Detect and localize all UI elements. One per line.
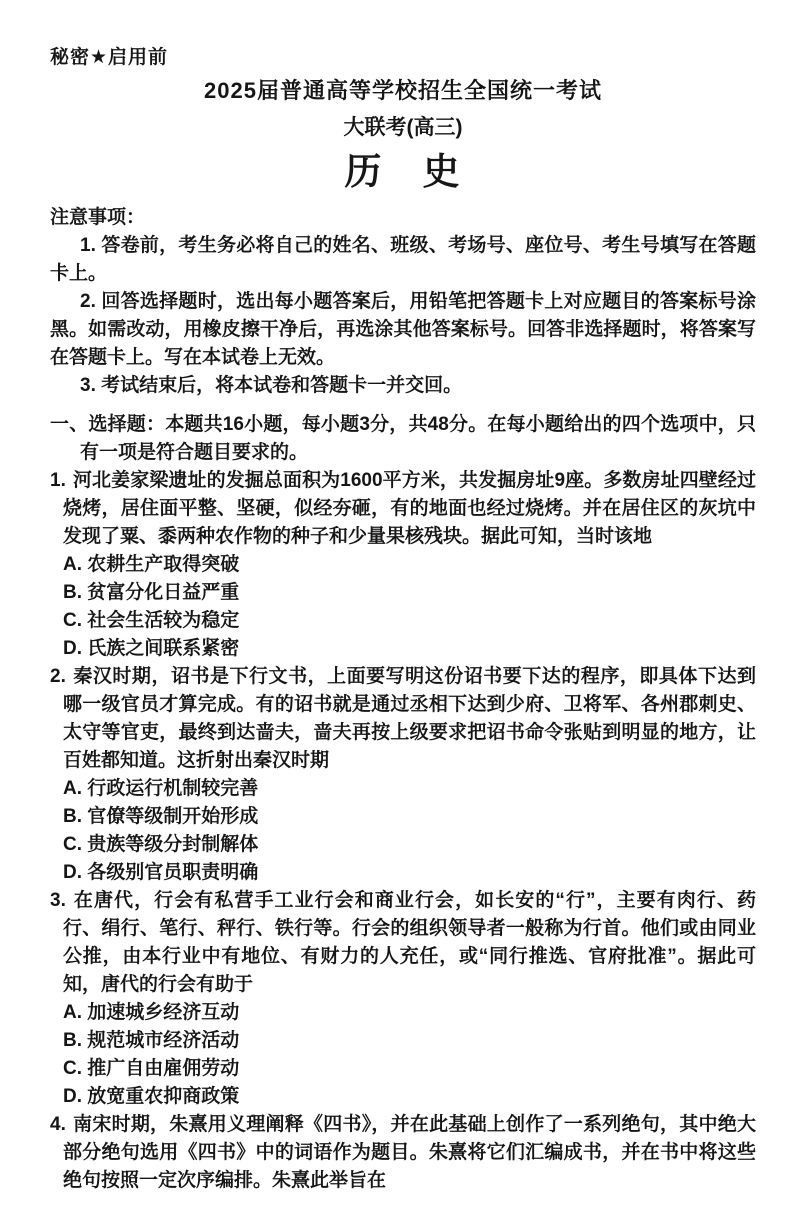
question-options: A. 农耕生产取得突破 B. 贫富分化日益严重 C. 社会生活较为稳定 D. 氏…	[50, 551, 756, 663]
question-stem-text: 在唐代，行会有私营手工业行会和商业行会，如长安的“行”，主要有肉行、药行、绢行、…	[63, 890, 756, 995]
option-a: A. 农耕生产取得突破	[50, 551, 756, 579]
option-c: C. 社会生活较为稳定	[50, 607, 756, 635]
question-options: A. 行政运行机制较完善 B. 官僚等级制开始形成 C. 贵族等级分封制解体 D…	[50, 775, 756, 887]
section-heading: 一、选择题：本题共16小题，每小题3分，共48分。在每小题给出的四个选项中，只有…	[50, 411, 756, 467]
exam-paper-page: 秘密★启用前 2025届普通高等学校招生全国统一考试 大联考(高三) 历 史 注…	[0, 0, 800, 1212]
question-3: 3.在唐代，行会有私营手工业行会和商业行会，如长安的“行”，主要有肉行、药行、绢…	[50, 887, 756, 1111]
notice-section: 注意事项： 1. 答卷前，考生务必将自己的姓名、班级、考场号、座位号、考生号填写…	[50, 204, 756, 400]
question-stem: 2.秦汉时期，诏书是下行文书，上面要写明这份诏书要下达的程序，即具体下达到哪一级…	[50, 663, 756, 775]
subject-title: 历 史	[50, 148, 756, 196]
multiple-choice-section: 一、选择题：本题共16小题，每小题3分，共48分。在每小题给出的四个选项中，只有…	[50, 411, 756, 1195]
question-stem: 1.河北姜家梁遗址的发掘总面积为1600平方米，共发掘房址9座。多数房址四壁经过…	[50, 467, 756, 551]
option-d: D. 氏族之间联系紧密	[50, 635, 756, 663]
notice-item-1: 1. 答卷前，考生务必将自己的姓名、班级、考场号、座位号、考生号填写在答题卡上。	[50, 232, 756, 288]
question-number: 3.	[50, 890, 73, 911]
option-c: C. 推广自由雇佣劳动	[50, 1055, 756, 1083]
exam-subtitle: 大联考(高三)	[50, 114, 756, 142]
option-a: A. 行政运行机制较完善	[50, 775, 756, 803]
option-b: B. 贫富分化日益严重	[50, 579, 756, 607]
question-1: 1.河北姜家梁遗址的发掘总面积为1600平方米，共发掘房址9座。多数房址四壁经过…	[50, 467, 756, 663]
exam-title: 2025届普通高等学校招生全国统一考试	[50, 76, 756, 106]
paper-header: 2025届普通高等学校招生全国统一考试 大联考(高三) 历 史	[50, 76, 756, 196]
question-stem-text: 秦汉时期，诏书是下行文书，上面要写明这份诏书要下达的程序，即具体下达到哪一级官员…	[63, 666, 756, 771]
question-number: 2.	[50, 666, 73, 687]
notice-item-2: 2. 回答选择题时，选出每小题答案后，用铅笔把答题卡上对应题目的答案标号涂黑。如…	[50, 288, 756, 372]
option-b: B. 官僚等级制开始形成	[50, 803, 756, 831]
option-b: B. 规范城市经济活动	[50, 1027, 756, 1055]
question-stem: 4.南宋时期，朱熹用义理阐释《四书》，并在此基础上创作了一系列绝句，其中绝大部分…	[50, 1111, 756, 1195]
question-number: 1.	[50, 470, 73, 491]
notice-item-3: 3. 考试结束后，将本试卷和答题卡一并交回。	[50, 372, 756, 400]
question-stem: 3.在唐代，行会有私营手工业行会和商业行会，如长安的“行”，主要有肉行、药行、绢…	[50, 887, 756, 999]
question-stem-text: 南宋时期，朱熹用义理阐释《四书》，并在此基础上创作了一系列绝句，其中绝大部分绝句…	[63, 1114, 756, 1191]
question-2: 2.秦汉时期，诏书是下行文书，上面要写明这份诏书要下达的程序，即具体下达到哪一级…	[50, 663, 756, 887]
security-label: 秘密★启用前	[50, 46, 756, 70]
notice-heading: 注意事项：	[50, 204, 756, 232]
option-d: D. 放宽重农抑商政策	[50, 1083, 756, 1111]
question-options: A. 加速城乡经济互动 B. 规范城市经济活动 C. 推广自由雇佣劳动 D. 放…	[50, 999, 756, 1111]
option-a: A. 加速城乡经济互动	[50, 999, 756, 1027]
question-4: 4.南宋时期，朱熹用义理阐释《四书》，并在此基础上创作了一系列绝句，其中绝大部分…	[50, 1111, 756, 1195]
option-c: C. 贵族等级分封制解体	[50, 831, 756, 859]
option-d: D. 各级别官员职责明确	[50, 859, 756, 887]
question-number: 4.	[50, 1114, 73, 1135]
question-stem-text: 河北姜家梁遗址的发掘总面积为1600平方米，共发掘房址9座。多数房址四壁经过烧烤…	[63, 470, 756, 547]
